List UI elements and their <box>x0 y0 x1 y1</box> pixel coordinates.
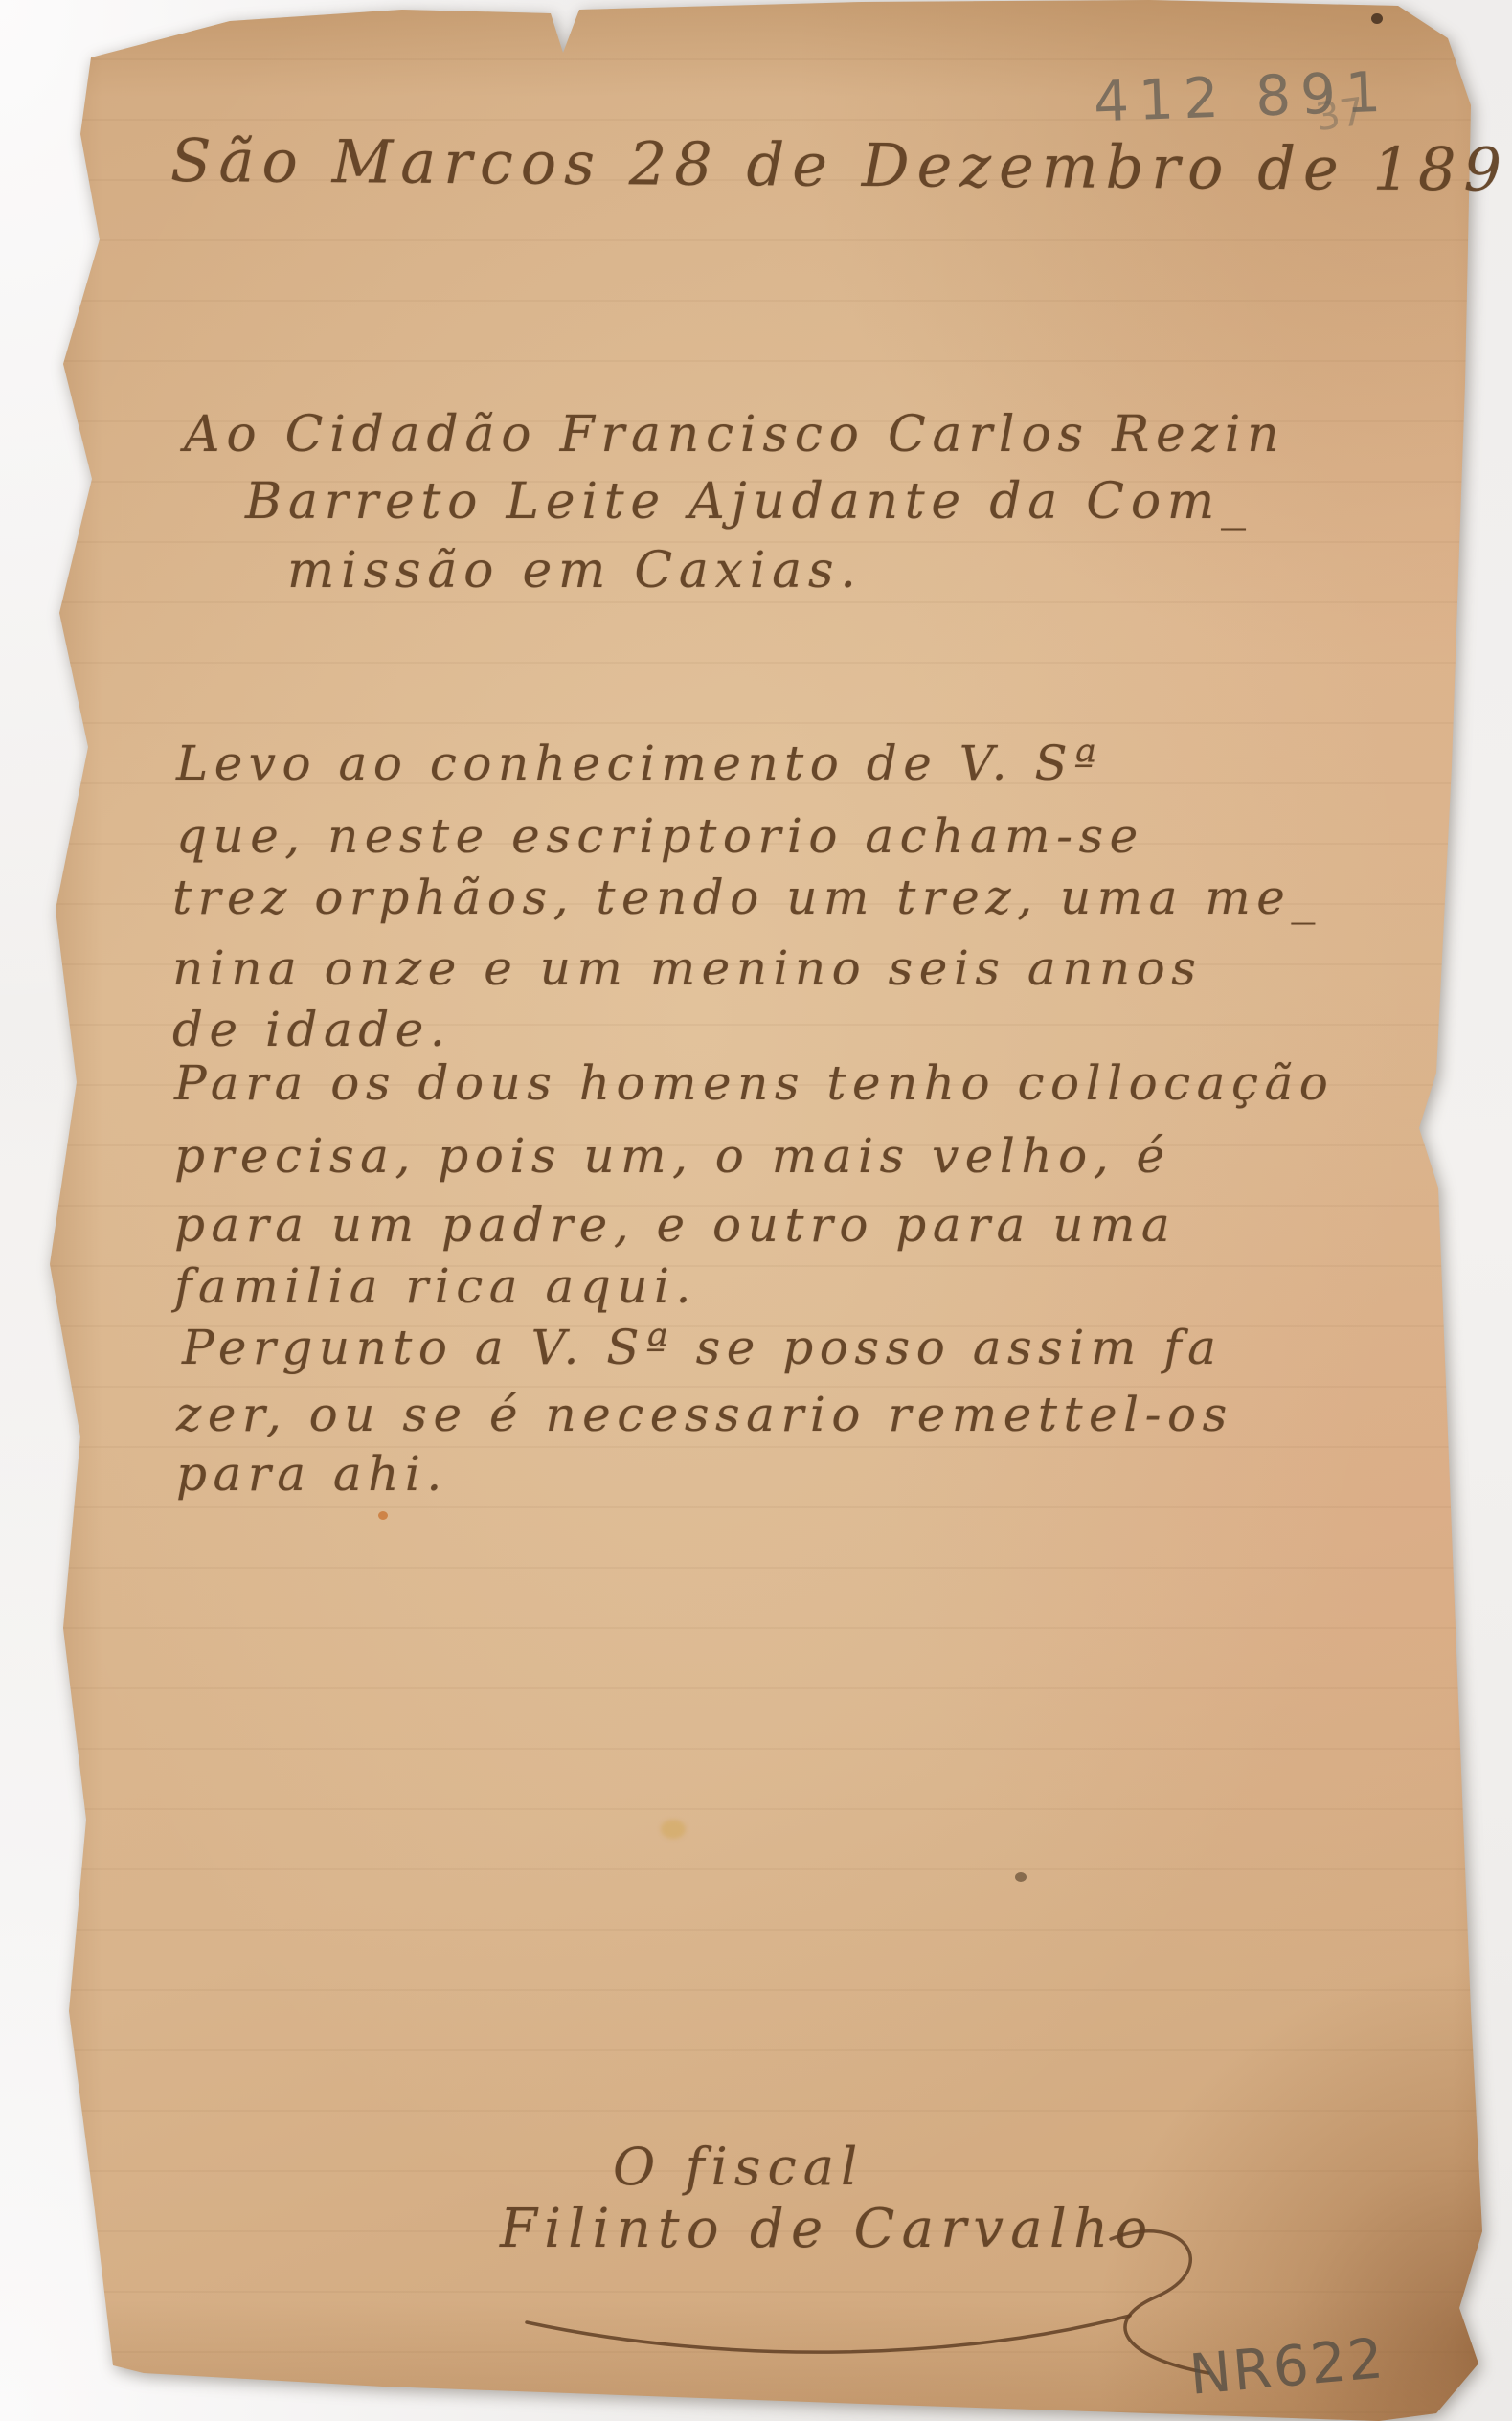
body-line: Para os dous homens tenho collocação <box>174 1059 1334 1107</box>
body-line: de idade. <box>172 1006 451 1053</box>
body-line: nina onze e um menino seis annos <box>172 944 1202 992</box>
addressee-line: Ao Cidadão Francisco Carlos Rezin <box>184 410 1285 460</box>
signature-flourish <box>498 2231 1283 2404</box>
archival-code: NR622 <box>1187 2330 1388 2403</box>
body-line: zer, ou se é necessario remettel-os <box>176 1391 1233 1438</box>
addressee-line: missão em Caxias. <box>287 546 863 596</box>
body-line: para um padre, e outro para uma <box>174 1201 1176 1249</box>
body-line: que, neste escriptorio acham-se <box>176 812 1144 860</box>
body-line: Pergunto a V. Sª se posso assim fa <box>182 1324 1222 1371</box>
archival-number-small: 37 <box>1313 93 1366 138</box>
scan-background: 412 891 37 São Marcos 28 de Dezembro de … <box>0 0 1512 2421</box>
signature-role: O fiscal <box>613 2141 864 2193</box>
body-line: familia rica aqui. <box>174 1262 697 1310</box>
addressee-line: Barreto Leite Ajudante da Com_ <box>245 477 1252 527</box>
body-line: trez orphãos, tendo um trez, uma me_ <box>172 873 1321 921</box>
body-line: para ahi. <box>176 1450 448 1498</box>
dateline: São Marcos 28 de Dezembro de 1891 <box>170 131 1512 200</box>
body-line: precisa, pois um, o mais velho, é <box>174 1132 1171 1180</box>
body-line: Levo ao conhecimento de V. Sª <box>176 739 1102 787</box>
